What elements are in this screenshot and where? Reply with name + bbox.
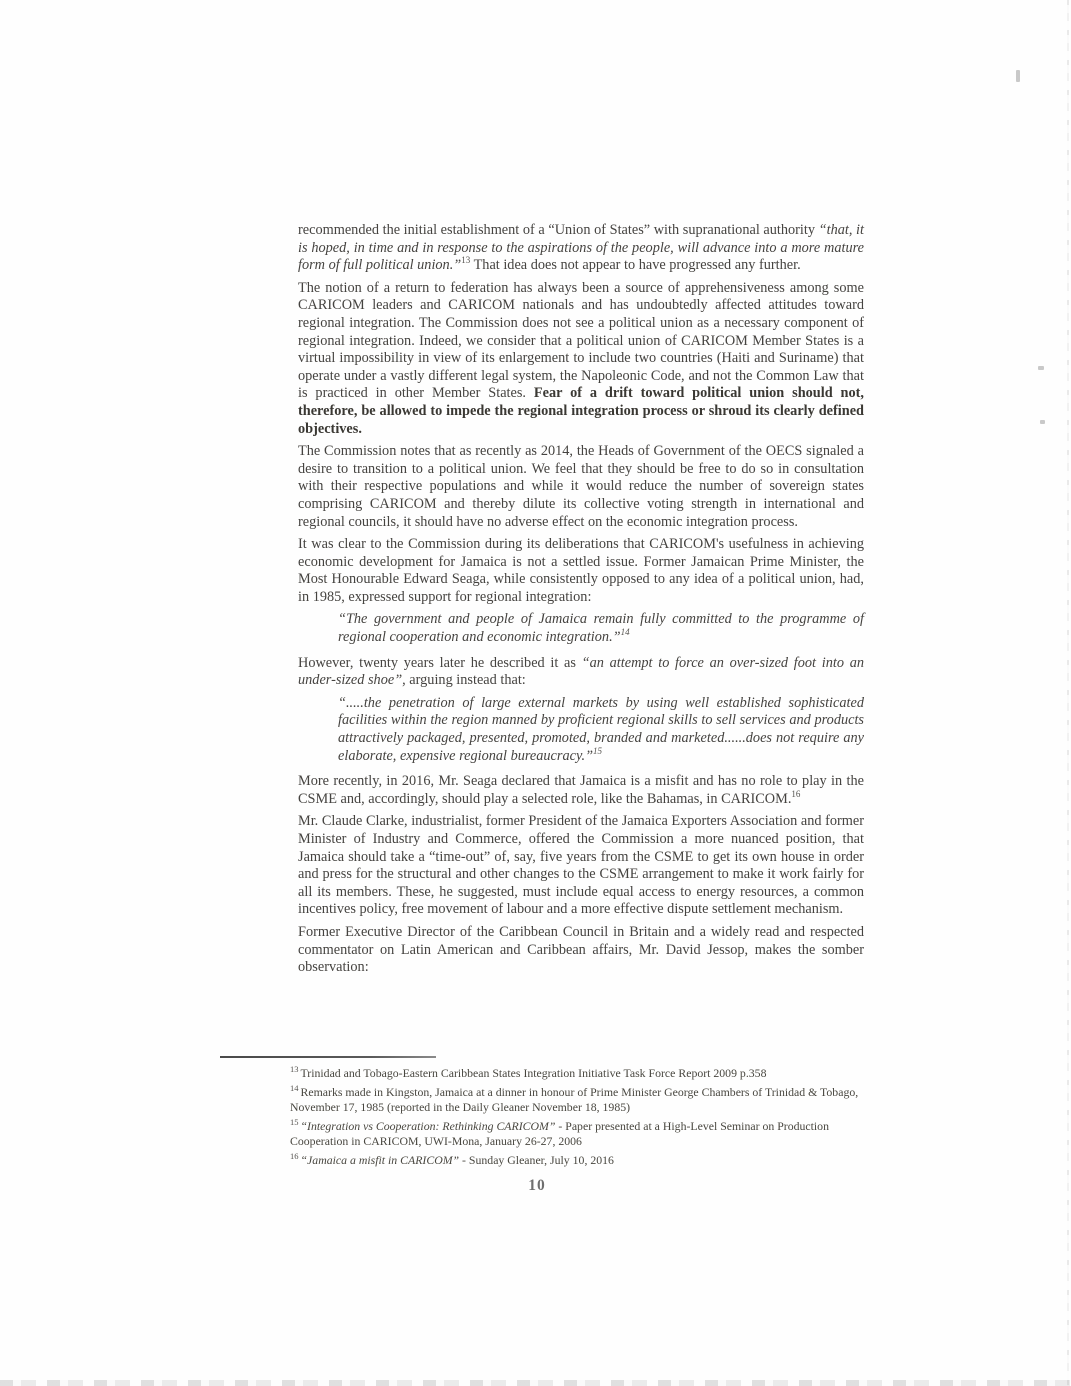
text-segment: “The government and people of Jamaica re… (338, 611, 864, 645)
document-page: recommended the initial establishment of… (0, 0, 1071, 1386)
paragraph: However, twenty years later he described… (298, 655, 864, 690)
scan-artifact (1016, 70, 1020, 82)
paragraph: Former Executive Director of the Caribbe… (298, 924, 864, 977)
footnote-separator (220, 1056, 436, 1058)
footnotes: 13Trinidad and Tobago-Eastern Caribbean … (290, 1066, 870, 1172)
footnote: 13Trinidad and Tobago-Eastern Caribbean … (290, 1066, 870, 1082)
footnote-number: 16 (290, 1151, 299, 1161)
text-segment: 13 (461, 255, 470, 265)
footnote: 14Remarks made in Kingston, Jamaica at a… (290, 1085, 870, 1116)
block-quote: “The government and people of Jamaica re… (338, 611, 864, 646)
footnote: 15“Integration vs Cooperation: Rethinkin… (290, 1119, 870, 1150)
footnote: 16“Jamaica a misfit in CARICOM” - Sunday… (290, 1153, 870, 1169)
text-segment: It was clear to the Commission during it… (298, 536, 864, 605)
footnote-number: 14 (290, 1083, 299, 1093)
paragraph: The notion of a return to federation has… (298, 280, 864, 438)
text-segment: 15 (593, 746, 602, 756)
text-segment: “Jamaica a misfit in CARICOM” (301, 1153, 460, 1167)
paragraph: It was clear to the Commission during it… (298, 536, 864, 606)
text-segment: Remarks made in Kingston, Jamaica at a d… (290, 1085, 858, 1115)
page-number: 10 (507, 1177, 567, 1195)
text-segment: More recently, in 2016, Mr. Seaga declar… (298, 773, 864, 807)
text-segment: However, twenty years later he described… (298, 655, 582, 671)
scan-noise-bottom-edge (0, 1380, 1071, 1386)
text-segment: The notion of a return to federation has… (298, 280, 864, 402)
text-column: recommended the initial establishment of… (298, 222, 864, 982)
text-segment: 16 (791, 789, 800, 799)
paragraph: Mr. Claude Clarke, industrialist, former… (298, 813, 864, 919)
paragraph: The Commission notes that as recently as… (298, 443, 864, 531)
text-segment: , arguing instead that: (402, 672, 526, 688)
text-segment: Mr. Claude Clarke, industrialist, former… (298, 813, 864, 917)
block-quote: “.....the penetration of large external … (338, 695, 864, 765)
text-segment: “Integration vs Cooperation: Rethinking … (301, 1119, 556, 1133)
text-segment: - Sunday Gleaner, July 10, 2016 (459, 1153, 614, 1167)
scan-artifact (1040, 420, 1045, 424)
text-segment: That idea does not appear to have progre… (470, 257, 800, 273)
scan-artifact (1038, 366, 1044, 370)
scan-noise-right-edge (1067, 0, 1069, 1386)
text-segment: recommended the initial establishment of… (298, 222, 819, 238)
footnote-number: 13 (290, 1064, 299, 1074)
text-segment: Trinidad and Tobago-Eastern Caribbean St… (301, 1066, 767, 1080)
text-segment: The Commission notes that as recently as… (298, 443, 864, 529)
text-segment: 14 (621, 627, 630, 637)
footnote-number: 15 (290, 1117, 299, 1127)
paragraph: More recently, in 2016, Mr. Seaga declar… (298, 773, 864, 808)
text-segment: Former Executive Director of the Caribbe… (298, 924, 864, 975)
paragraph: recommended the initial establishment of… (298, 222, 864, 275)
